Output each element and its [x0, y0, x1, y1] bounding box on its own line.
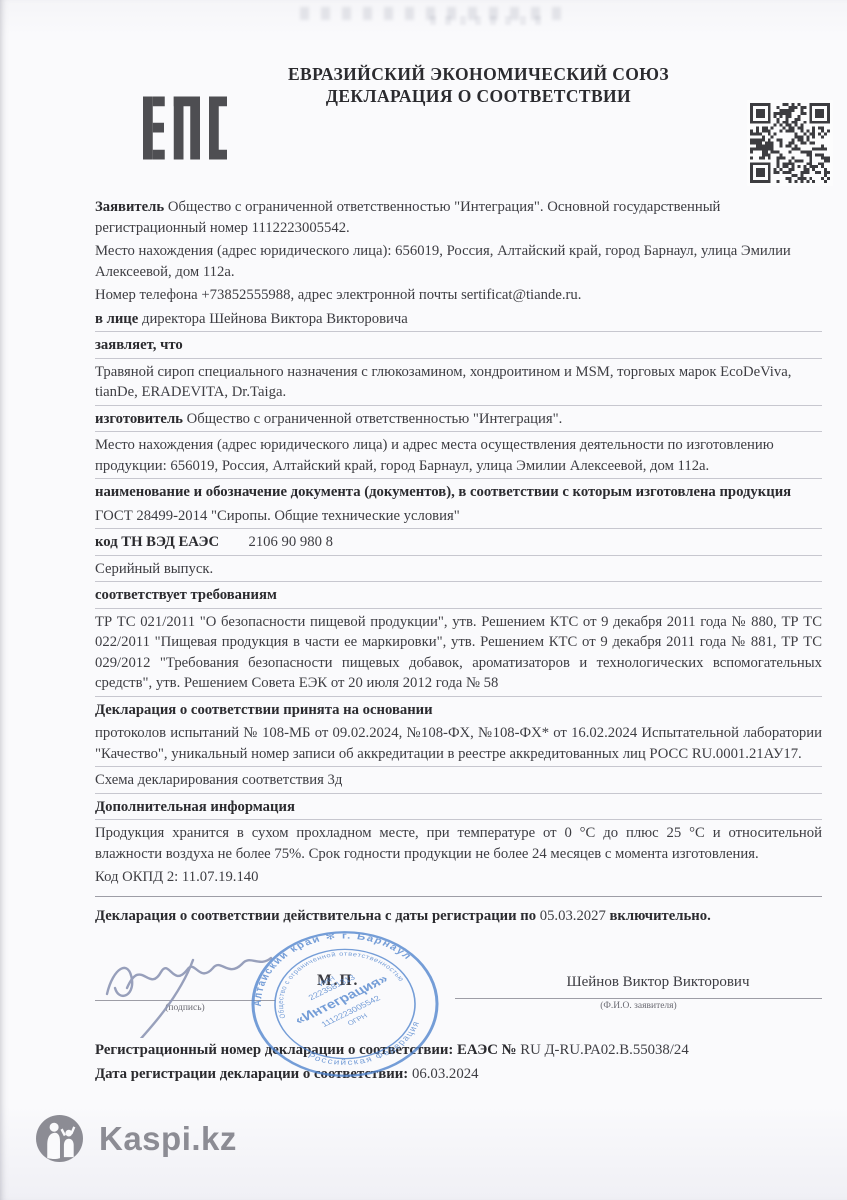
text-segment: Схема декларирования соответствия 3д	[95, 772, 342, 788]
text-segment: RU Д-RU.РА02.В.55038/24	[520, 1042, 689, 1058]
qr-code-icon	[747, 100, 833, 186]
document-row: Схема декларирования соответствия 3д	[95, 769, 822, 794]
stamp-place-label: М.П.	[317, 972, 359, 990]
scanned-declaration-page: ЕВРАЗИЙСКИЙ ЭКОНОМИЧЕСКИЙ СОЮЗ ДЕКЛАРАЦИ…	[0, 0, 847, 1200]
validity-statement: Декларация о соответствии действительна …	[95, 896, 822, 926]
handwritten-signature	[97, 942, 277, 1038]
text-segment: включительно.	[606, 908, 711, 924]
text-segment: Код ОКПД 2: 11.07.19.140	[95, 869, 259, 885]
document-row: Номер телефона +73852555988, адрес элект…	[95, 284, 822, 308]
stamp-ogrn-label: ОГРН	[346, 1012, 369, 1027]
text-segment: Заявитель	[95, 199, 168, 215]
registration-number-line: Регистрационный номер декларации о соотв…	[95, 1038, 822, 1062]
text-segment: Декларация о соответствии действительна …	[95, 908, 540, 924]
signer-caption: (Ф.И.О. заявителя)	[455, 1001, 822, 1011]
title-block: ЕВРАЗИЙСКИЙ ЭКОНОМИЧЕСКИЙ СОЮЗ ДЕКЛАРАЦИ…	[180, 64, 777, 108]
kaspi-logo-icon	[36, 1115, 83, 1162]
signer-name: Шейнов Виктор Викторович	[495, 974, 821, 991]
union-title: ЕВРАЗИЙСКИЙ ЭКОНОМИЧЕСКИЙ СОЮЗ	[180, 64, 777, 86]
document-row: заявляет, что	[95, 334, 822, 359]
text-segment: Серийный выпуск.	[95, 561, 213, 577]
text-segment: Дата регистрации декларации о соответств…	[95, 1066, 412, 1082]
text-segment: 06.03.2024	[412, 1066, 479, 1082]
text-segment: Продукция хранится в сухом прохладном ме…	[95, 825, 822, 862]
document-row: ГОСТ 28499-2014 "Сиропы. Общие техническ…	[95, 505, 822, 530]
document-row: Продукция хранится в сухом прохладном ме…	[95, 822, 822, 866]
text-segment: Декларация о соответствии принята на осн…	[95, 702, 433, 718]
document-row: Место нахождения (адрес юридического лиц…	[95, 240, 822, 284]
text-segment: ГОСТ 28499-2014 "Сиропы. Общие техническ…	[95, 508, 460, 524]
text-segment: Место нахождения (адрес юридического лиц…	[95, 437, 774, 474]
text-segment: ТР ТС 021/2011 "О безопасности пищевой п…	[95, 614, 822, 692]
kaspi-brand: Kaspi.kz	[99, 1120, 237, 1158]
document-row: Заявитель Общество с ограниченной ответс…	[95, 196, 822, 240]
document-row: Дополнительная информация	[95, 796, 822, 821]
text-segment: соответствует требованиям	[95, 587, 277, 603]
document-row: Декларация о соответствии принята на осн…	[95, 699, 822, 723]
document-row: Серийный выпуск.	[95, 558, 822, 583]
text-segment: код ТН ВЭД ЕАЭС	[95, 534, 219, 550]
signature-block: (подпись) М.П. Алтайский край ✻ г. Барна…	[95, 938, 822, 1022]
text-segment: 05.03.2027	[540, 908, 606, 924]
document-row: протоколов испытаний № 108-МБ от 09.02.2…	[95, 722, 822, 767]
text-segment: протоколов испытаний № 108-МБ от 09.02.2…	[95, 725, 822, 762]
document-row: наименование и обозначение документа (до…	[95, 481, 822, 505]
text-segment: наименование и обозначение документа (до…	[95, 484, 791, 500]
text-segment: Дополнительная информация	[95, 799, 295, 815]
text-segment: Общество с ограниченной ответственностью…	[95, 199, 720, 236]
text-segment: 2106 90 980 8	[219, 534, 333, 550]
text-segment: Номер телефона +73852555988, адрес элект…	[95, 287, 581, 303]
text-segment: Травяной сироп специального назначения с…	[95, 364, 791, 401]
document-row: ТР ТС 021/2011 "О безопасности пищевой п…	[95, 611, 822, 697]
text-segment: Общество с ограниченной ответственностью…	[187, 411, 563, 427]
text-segment: в лице	[95, 311, 142, 327]
registration-block: Регистрационный номер декларации о соотв…	[95, 1038, 822, 1086]
document-row: изготовитель Общество с ограниченной отв…	[95, 408, 822, 433]
document-title: ДЕКЛАРАЦИЯ О СООТВЕТСТВИИ	[180, 86, 777, 108]
document-row: Код ОКПД 2: 11.07.19.140	[95, 866, 822, 890]
text-segment: Место нахождения (адрес юридического лиц…	[95, 243, 791, 280]
registration-date-line: Дата регистрации декларации о соответств…	[95, 1062, 822, 1086]
text-segment: директора Шейнова Виктора Викторовича	[142, 311, 408, 327]
document-row: Место нахождения (адрес юридического лиц…	[95, 434, 822, 479]
document-row: код ТН ВЭД ЕАЭС 2106 90 980 8	[95, 531, 822, 556]
document-header: ЕВРАЗИЙСКИЙ ЭКОНОМИЧЕСКИЙ СОЮЗ ДЕКЛАРАЦИ…	[0, 0, 847, 196]
document-row: в лице директора Шейнова Виктора Викторо…	[95, 308, 822, 333]
signer-line	[455, 998, 822, 999]
document-row: Травяной сироп специального назначения с…	[95, 361, 822, 406]
text-segment: заявляет, что	[95, 337, 183, 353]
document-content: Заявитель Общество с ограниченной ответс…	[95, 196, 822, 1086]
kaspi-footer: Kaspi.kz	[36, 1115, 237, 1162]
stamp-ogrn-number: 1112223005542	[319, 993, 382, 1028]
document-row: соответствует требованиям	[95, 584, 822, 609]
document-body: Заявитель Общество с ограниченной ответс…	[95, 196, 822, 890]
text-segment: изготовитель	[95, 411, 187, 427]
text-segment: Регистрационный номер декларации о соотв…	[95, 1042, 520, 1058]
